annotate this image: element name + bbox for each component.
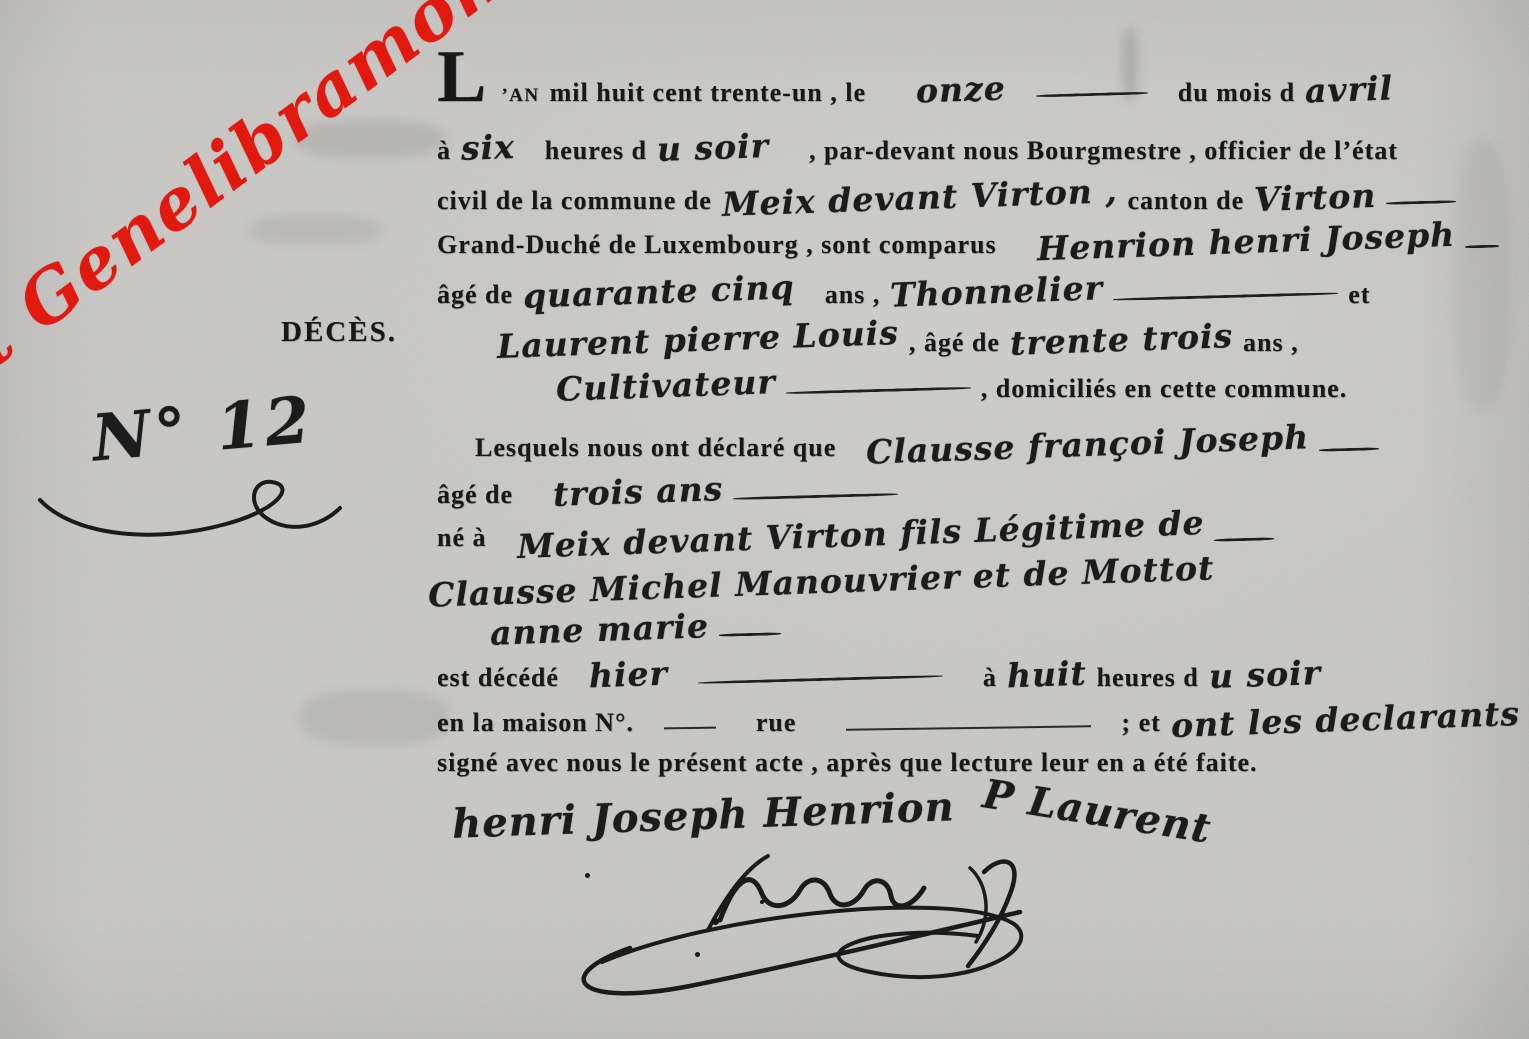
printed-text: canton de xyxy=(1128,186,1245,216)
entry-declarant2-name: Laurent pierre Louis xyxy=(496,313,899,366)
printed-text: heures d xyxy=(545,136,647,166)
filler-stroke xyxy=(733,493,898,501)
form-line-comparus: Grand-Duché de Luxembourg , sont comparu… xyxy=(437,222,1499,261)
printed-text: ’AN xyxy=(501,85,539,107)
entry-hour-period: u soir xyxy=(656,126,769,169)
printed-text: à xyxy=(437,136,451,166)
ink-speck xyxy=(760,900,764,904)
entry-death-hour: huit xyxy=(1006,654,1087,696)
form-line-commune: civil de la commune de Meix devant Virto… xyxy=(437,178,1456,217)
filler-stroke xyxy=(1465,245,1499,249)
printed-text: âgé de xyxy=(437,480,513,510)
filler-stroke xyxy=(1319,447,1379,452)
printed-text: civil de la commune de xyxy=(437,186,712,216)
printed-text: , âgé de xyxy=(909,328,1000,358)
filler-stroke xyxy=(1036,91,1148,97)
filler-stroke xyxy=(698,675,943,685)
printed-text: à xyxy=(983,663,997,693)
entry-declarant2-age: trente trois xyxy=(1009,316,1233,363)
filler-stroke xyxy=(1214,537,1274,542)
dropcap-initial: L xyxy=(437,50,487,106)
entry-death-hour-period: u soir xyxy=(1208,653,1321,696)
filler-rule xyxy=(846,725,1091,730)
form-line-declarant1: âgé de quarante cinq ans , Thonnelier et xyxy=(437,272,1370,311)
printed-text: , par-devant nous Bourgmestre , officier… xyxy=(809,136,1398,166)
entry-deceased-age: trois ans xyxy=(552,469,723,514)
printed-text: Grand-Duché de Luxembourg , sont comparu… xyxy=(437,230,997,260)
entry-deceased-name: Clausse françoi Joseph xyxy=(866,417,1310,471)
filler-stroke xyxy=(1386,200,1456,205)
signature-witness-1: henri Joseph Henrion xyxy=(451,783,955,848)
printed-text: âgé de xyxy=(437,280,513,310)
ink-speck xyxy=(585,873,590,878)
entry-death-day: hier xyxy=(588,654,668,696)
filler-stroke xyxy=(719,632,781,637)
filler-stroke xyxy=(786,386,971,394)
form-line-hour: à six heures d u soir , par-devant nous … xyxy=(437,128,1398,167)
filler-stroke xyxy=(1113,292,1338,301)
entry-declarant2-occupation: Cultivateur xyxy=(555,362,776,409)
printed-text: signé avec nous le présent acte , après … xyxy=(437,748,1258,778)
form-line-birthplace: né à Meix devant Virton fils Légitime de xyxy=(437,515,1274,554)
entry-commune: Meix devant Virton , xyxy=(721,171,1118,224)
printed-text: et xyxy=(1348,280,1370,310)
printed-text: né à xyxy=(437,523,487,553)
form-line-parents: Clausse Michel Manouvrier et de Mottot xyxy=(428,562,1214,601)
ink-bleedthrough-smudge xyxy=(250,215,380,245)
printed-text: heures d xyxy=(1097,663,1199,693)
entry-declarant1-name: Henrion henri Joseph xyxy=(1036,215,1455,269)
form-line-declaration: Lesquels nous ont déclaré que Clausse fr… xyxy=(475,425,1379,464)
entry-mother-name: anne marie xyxy=(489,606,709,653)
section-label-deces: DÉCÈS. xyxy=(281,316,397,349)
printed-text: ans , xyxy=(1243,328,1299,358)
printed-text: ans , xyxy=(825,280,881,310)
form-line-death: est décédé hier à huit heures d u soir xyxy=(437,655,1321,694)
entry-hour: six xyxy=(460,127,515,168)
printed-text: rue xyxy=(756,708,797,738)
entry-declarant1-occupation: Thonnelier xyxy=(890,268,1104,314)
act-number-flourish xyxy=(34,470,354,550)
printed-text: est décédé xyxy=(437,663,559,693)
ink-bleedthrough-smudge xyxy=(300,690,450,745)
printed-text: , domiciliés en cette commune. xyxy=(981,374,1347,404)
entry-day: onze xyxy=(915,68,1006,110)
ink-bleedthrough-smudge xyxy=(1455,140,1510,410)
printed-text: mil huit cent trente-un , le xyxy=(550,78,866,108)
mayor-signature-flourish xyxy=(540,850,1100,1035)
form-line-house: en la maison N°. rue ; et ont les declar… xyxy=(437,700,1520,739)
form-line-mother: anne marie xyxy=(490,610,781,649)
filler-rule xyxy=(664,727,716,730)
form-line-closing: signé avec nous le présent acte , après … xyxy=(437,748,1258,778)
entry-canton: Virton xyxy=(1253,176,1376,219)
entry-declarant1-age: quarante cinq xyxy=(522,267,795,315)
printed-text: ; et xyxy=(1121,708,1160,738)
form-line-declarant2-occupation: Cultivateur , domiciliés en cette commun… xyxy=(556,366,1347,405)
act-number: N° 12 xyxy=(89,382,317,476)
printed-text: du mois d xyxy=(1178,78,1295,108)
record-content: t Genelibramont Wallon DÉCÈS. N° 12 L ’A… xyxy=(0,0,1529,1039)
form-line-declarant2: Laurent pierre Louis , âgé de trente tro… xyxy=(497,320,1299,359)
entry-month: avril xyxy=(1305,68,1394,110)
form-line-year-date: L ’AN mil huit cent trente-un , le onze … xyxy=(437,50,1393,109)
signature-witness-2: P Laurent xyxy=(980,770,1215,852)
form-line-deceased-age: âgé de trois ans xyxy=(437,472,898,511)
printed-text: Lesquels nous ont déclaré que xyxy=(475,433,836,463)
printed-text: en la maison N°. xyxy=(437,708,634,738)
death-record-scan: t Genelibramont Wallon DÉCÈS. N° 12 L ’A… xyxy=(0,0,1529,1039)
ink-speck xyxy=(695,952,700,957)
ink-speck xyxy=(712,918,719,925)
entry-declarants-signed-note: ont les declarants xyxy=(1170,694,1520,745)
